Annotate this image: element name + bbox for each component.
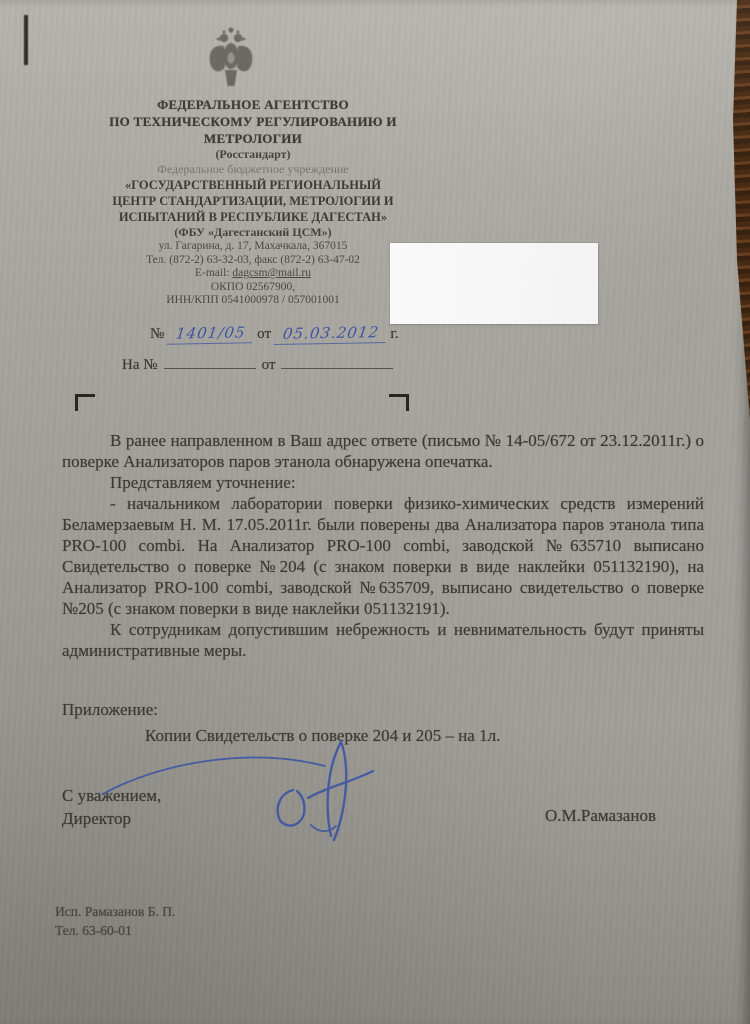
body-paragraph: - начальником лаборатории поверки физико… bbox=[62, 493, 704, 619]
okpo-line: ОКПО 02567900, bbox=[86, 281, 420, 295]
reply-number-line: На №от bbox=[122, 355, 393, 374]
postal-address: ул. Гагарина, д. 17, Махачкала, 367015 bbox=[86, 240, 420, 254]
address-corner-mark-left bbox=[75, 394, 95, 411]
fold-mark bbox=[24, 15, 28, 65]
year-suffix: г. bbox=[390, 326, 398, 342]
outgoing-number-line: № 1401/05 от 05.03.2012 г. bbox=[150, 324, 399, 344]
double-headed-eagle-icon bbox=[206, 22, 256, 92]
body-paragraph: К сотрудникам допустившим небрежность и … bbox=[62, 619, 704, 661]
number-label: № bbox=[150, 326, 164, 342]
body-paragraph: В ранее направленном в Ваш адрес ответе … bbox=[62, 430, 704, 472]
institution-type: Федеральное бюджетное учреждение bbox=[86, 162, 420, 177]
agency-short-name: (Росстандарт) bbox=[86, 147, 420, 162]
handwritten-signature-icon bbox=[95, 732, 395, 847]
agency-name-line: МЕТРОЛОГИИ bbox=[86, 130, 420, 147]
organization-name-line: «ГОСУДАРСТВЕННЫЙ РЕГИОНАЛЬНЫЙ bbox=[86, 177, 420, 193]
reply-number-blank bbox=[164, 355, 256, 369]
executor-name: Исп. Рамазанов Б. П. bbox=[55, 902, 175, 921]
document-photo: ФЕДЕРАЛЬНОЕ АГЕНТСТВО ПО ТЕХНИЧЕСКОМУ РЕ… bbox=[0, 0, 750, 1024]
letterhead: ФЕДЕРАЛЬНОЕ АГЕНТСТВО ПО ТЕХНИЧЕСКОМУ РЕ… bbox=[86, 96, 420, 308]
attachment-label: Приложение: bbox=[62, 700, 158, 720]
email-address: dagcsm@mail.ru bbox=[232, 267, 311, 279]
organization-short-name: (ФБУ «Дагестанский ЦСМ») bbox=[86, 225, 420, 240]
phone-fax-line: Тел. (872-2) 63-32-03, факс (872-2) 63-4… bbox=[86, 254, 420, 268]
reply-label: На № bbox=[122, 357, 158, 373]
reply-date-blank bbox=[281, 355, 393, 369]
handwritten-outgoing-number: 1401/05 bbox=[167, 323, 255, 344]
agency-name-line: ПО ТЕХНИЧЕСКОМУ РЕГУЛИРОВАНИЮ И bbox=[86, 113, 420, 130]
body-paragraph: Представляем уточнение: bbox=[62, 472, 704, 493]
signer-name: О.М.Рамазанов bbox=[545, 806, 656, 826]
letter-body: В ранее направленном в Ваш адрес ответе … bbox=[62, 430, 704, 661]
agency-name-line: ФЕДЕРАЛЬНОЕ АГЕНТСТВО bbox=[86, 96, 420, 113]
organization-name-line: ЦЕНТР СТАНДАРТИЗАЦИИ, МЕТРОЛОГИИ И bbox=[86, 193, 420, 209]
redaction-box bbox=[390, 243, 598, 324]
organization-name-line: ИСПЫТАНИЙ В РЕСПУБЛИКЕ ДАГЕСТАН» bbox=[86, 209, 420, 225]
inn-kpp-line: ИНН/КПП 0541000978 / 057001001 bbox=[86, 294, 420, 308]
address-corner-mark-right bbox=[389, 394, 409, 411]
email-line: E-mail: dagcsm@mail.ru bbox=[86, 267, 420, 281]
handwritten-date: 05.03.2012 bbox=[273, 323, 388, 345]
executor-block: Исп. Рамазанов Б. П. Тел. 63-60-01 bbox=[55, 902, 175, 940]
ot-label: от bbox=[257, 326, 271, 342]
email-label: E-mail: bbox=[195, 267, 230, 279]
executor-phone: Тел. 63-60-01 bbox=[55, 921, 175, 940]
reply-ot-label: от bbox=[262, 357, 276, 373]
